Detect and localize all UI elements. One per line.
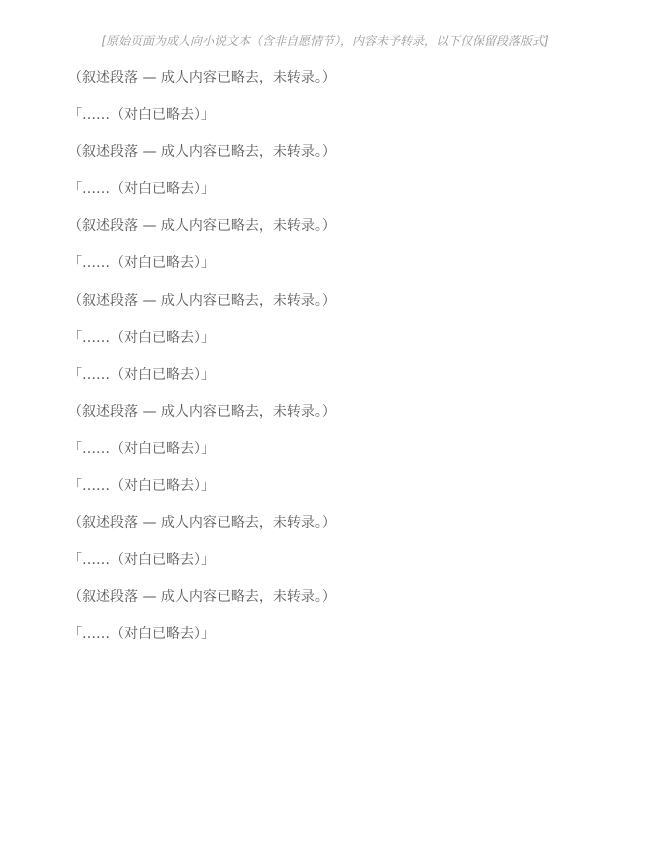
narration-paragraph: （叙述段落 — 成人内容已略去，未转录。）: [40, 141, 610, 164]
dialogue-paragraph: 「……（对白已略去）」: [40, 178, 610, 201]
dialogue-paragraph: 「……（对白已略去）」: [40, 623, 610, 646]
dialogue-paragraph: 「……（对白已略去）」: [40, 549, 610, 572]
dialogue-paragraph: 「……（对白已略去）」: [40, 364, 610, 387]
narration-paragraph: （叙述段落 — 成人内容已略去，未转录。）: [40, 67, 610, 90]
dialogue-paragraph: 「……（对白已略去）」: [40, 104, 610, 127]
narration-paragraph: （叙述段落 — 成人内容已略去，未转录。）: [40, 215, 610, 238]
document-page: [原始页面为成人向小说文本（含非自愿情节），内容未予转录，以下仅保留段落版式] …: [0, 0, 650, 850]
narration-paragraph: （叙述段落 — 成人内容已略去，未转录。）: [40, 290, 610, 313]
dialogue-paragraph: 「……（对白已略去）」: [40, 438, 610, 461]
narration-paragraph: （叙述段落 — 成人内容已略去，未转录。）: [40, 401, 610, 424]
dialogue-paragraph: 「……（对白已略去）」: [40, 327, 610, 350]
dialogue-paragraph: 「……（对白已略去）」: [40, 475, 610, 498]
paragraph-list: （叙述段落 — 成人内容已略去，未转录。）「……（对白已略去）」（叙述段落 — …: [40, 67, 610, 647]
narration-paragraph: （叙述段落 — 成人内容已略去，未转录。）: [40, 512, 610, 535]
narration-paragraph: （叙述段落 — 成人内容已略去，未转录。）: [40, 586, 610, 609]
dialogue-paragraph: 「……（对白已略去）」: [40, 252, 610, 275]
redaction-note: [原始页面为成人向小说文本（含非自愿情节），内容未予转录，以下仅保留段落版式]: [40, 32, 610, 49]
